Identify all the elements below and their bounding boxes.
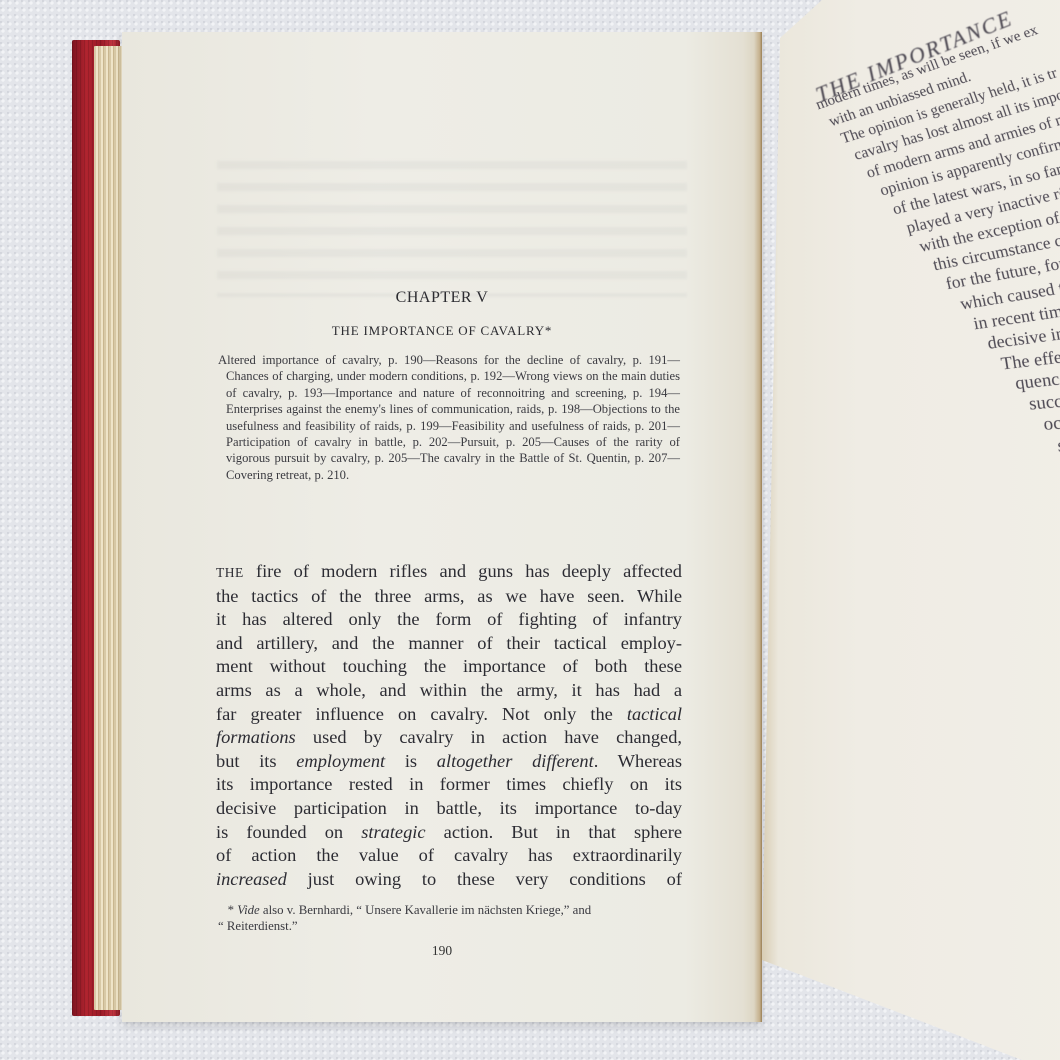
- body-line: THE fire of modern rifles and guns has d…: [216, 560, 682, 585]
- chapter-synopsis: Altered importance of cavalry, p. 190—Re…: [218, 352, 680, 483]
- body-line: increased just owing to these very condi…: [216, 868, 682, 892]
- body-line: is founded on strategic action. But in t…: [216, 821, 682, 845]
- body-line: arms as a whole, and within the army, it…: [216, 679, 682, 703]
- body-line: and artillery, and the manner of their t…: [216, 632, 682, 656]
- left-page: CHAPTER V THE IMPORTANCE OF CAVALRY* Alt…: [122, 32, 762, 1022]
- page-number: 190: [122, 943, 762, 959]
- body-line: but its employment is altogether differe…: [216, 750, 682, 774]
- body-line: far greater influence on cavalry. Not on…: [216, 703, 682, 727]
- page-block-edges: [94, 46, 124, 1010]
- right-page: THE IMPORTANCE modern times, as will be …: [762, 0, 1060, 1060]
- footnote-marker: *: [228, 903, 234, 917]
- body-text: THE fire of modern rifles and guns has d…: [216, 560, 682, 891]
- body-line: its importance rested in former times ch…: [216, 773, 682, 797]
- body-line: formations used by cavalry in action hav…: [216, 726, 682, 750]
- body-line: ment without touching the importance of …: [216, 655, 682, 679]
- body-line: decisive participation in battle, its im…: [216, 797, 682, 821]
- footnote: * Vide also v. Bernhardi, “ Unsere Kaval…: [218, 903, 682, 934]
- body-line: it has altered only the form of fighting…: [216, 608, 682, 632]
- body-line: the tactics of the three arms, as we hav…: [216, 585, 682, 609]
- photo-scene: CHAPTER V THE IMPORTANCE OF CAVALRY* Alt…: [0, 0, 1060, 1060]
- chapter-heading: CHAPTER V: [122, 289, 762, 307]
- show-through-text: [217, 147, 687, 297]
- body-line: of action the value of cavalry has extra…: [216, 844, 682, 868]
- right-page-text: modern times, as will be seen, if we exw…: [790, 0, 1060, 40]
- drop-cap-word: THE: [216, 565, 244, 580]
- gutter: [754, 32, 762, 1022]
- chapter-title: THE IMPORTANCE OF CAVALRY*: [122, 323, 762, 339]
